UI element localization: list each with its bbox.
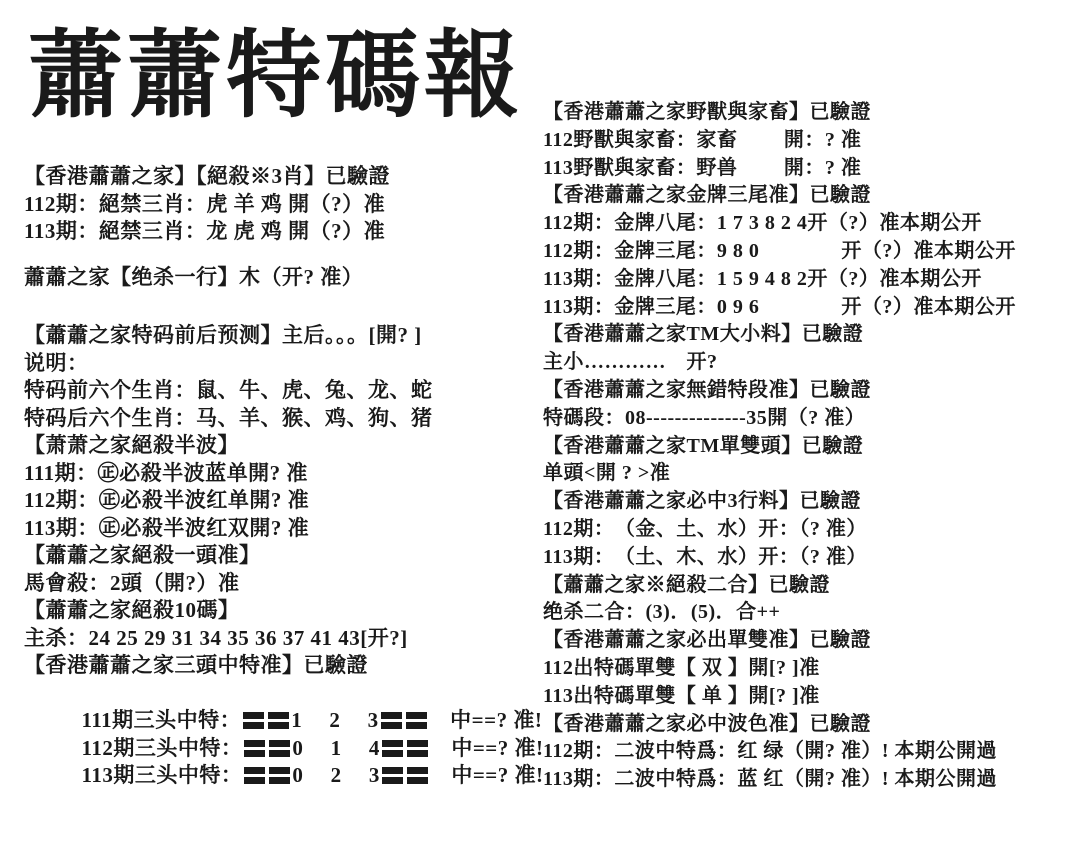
- text-line: 112期：金牌三尾：9 8 0 开（?）准本期公开: [543, 238, 1075, 266]
- text-line: 【香港蕭蕭之家TM單雙頭】已驗證: [543, 433, 1075, 461]
- text-line: 【蕭蕭之家特码前后预测】主后。。。[開? ]: [24, 322, 536, 350]
- text-line: 【蕭蕭之家絕殺一頭准】: [24, 542, 536, 570]
- text-line: 112期：二波中特爲：红 绿（開? 准）! 本期公開過: [543, 738, 1075, 766]
- black-bars-icon: [380, 762, 430, 790]
- page-title: 蕭蕭特碼報: [28, 22, 523, 131]
- santou-row: 111期三头中特：1 2 3 中==? 准!: [24, 680, 536, 708]
- text-line: 【香港蕭蕭之家必中3行料】已驗證: [543, 488, 1075, 516]
- text-line: 说明：: [24, 350, 536, 378]
- text-line: 112出特碼單雙【 双 】開[? ]准: [543, 655, 1075, 683]
- text-line: 【蕭蕭之家絕殺10碼】: [24, 597, 536, 625]
- santou-digits: 1 2 3: [291, 708, 379, 732]
- santou-rows: 111期三头中特：1 2 3 中==? 准! 112期三头中特：0 1 4 中=…: [24, 680, 536, 763]
- santou-digits: 0 2 3: [292, 763, 380, 787]
- text-line: 【香港蕭蕭之家無錯特段准】已驗證: [543, 377, 1075, 405]
- text-line: 主杀：24 25 29 31 34 35 36 37 41 43[开?]: [24, 625, 536, 653]
- text-line: 【香港蕭蕭之家】【絕殺※3肖】已驗證: [24, 163, 536, 191]
- black-bars-icon: [380, 735, 430, 763]
- text-line: 【香港蕭蕭之家TM大小料】已驗證: [543, 321, 1075, 349]
- spacer: [24, 246, 536, 264]
- text-line: 113野獸與家畜：野兽 開：? 准: [543, 155, 1075, 183]
- text-line: 【香港蕭蕭之家野獸與家畜】已驗證: [543, 99, 1075, 127]
- left-top-lines: 【香港蕭蕭之家】【絕殺※3肖】已驗證 112期：絕禁三肖：虎 羊 鸡 開（?）准…: [24, 163, 536, 246]
- text-line: 【香港蕭蕭之家三頭中特准】已驗證: [24, 652, 536, 680]
- right-column: 【香港蕭蕭之家野獸與家畜】已驗證 112野獸與家畜：家畜 開：? 准 113野獸…: [543, 99, 1075, 794]
- text-line: 【香港蕭蕭之家必出單雙准】已驗證: [543, 627, 1075, 655]
- text-line: 馬會殺：2頭（開?）准: [24, 570, 536, 598]
- text-line: 112野獸與家畜：家畜 開：? 准: [543, 127, 1075, 155]
- black-bars-icon: [241, 707, 291, 735]
- text-line: 特碼段：08--------------35開（? 准）: [543, 405, 1075, 433]
- text-line: 单頭<開 ? >准: [543, 460, 1075, 488]
- text-line: 113期：金牌八尾：1 5 9 4 8 2开（?）准本期公开: [543, 266, 1075, 294]
- text-line: 绝杀二合：(3)．(5)．合++: [543, 599, 1075, 627]
- black-bars-icon: [242, 735, 292, 763]
- text-line: 【蕭蕭之家※絕殺二合】已驗證: [543, 572, 1075, 600]
- santou-prefix: 111期三头中特：: [82, 708, 242, 732]
- text-line: 113出特碼單雙【 单 】開[? ]准: [543, 683, 1075, 711]
- text-line: 112期：絕禁三肖：虎 羊 鸡 開（?）准: [24, 191, 536, 219]
- newspaper-page: 蕭蕭特碼報 【香港蕭蕭之家】【絕殺※3肖】已驗證 112期：絕禁三肖：虎 羊 鸡…: [0, 0, 1080, 862]
- santou-result: 中==? 准!: [430, 763, 544, 787]
- text-line: 【香港蕭蕭之家必中波色准】已驗證: [543, 711, 1075, 739]
- text-line: 113期：二波中特爲：蓝 红（開? 准）! 本期公開過: [543, 766, 1075, 794]
- text-line: 【香港蕭蕭之家金牌三尾准】已驗證: [543, 182, 1075, 210]
- text-line: 113期：絕禁三肖：龙 虎 鸡 開（?）准: [24, 218, 536, 246]
- santou-digits: 0 1 4: [292, 736, 380, 760]
- text-line: 主小………… 开?: [543, 349, 1075, 377]
- text-line: 112期： （金、土、水）开：（? 准）: [543, 516, 1075, 544]
- left-mid-lines: 【蕭蕭之家特码前后预测】主后。。。[開? ] 说明： 特码前六个生肖：鼠、牛、虎…: [24, 322, 536, 680]
- text-line: 113期：㊣必殺半波红双開? 准: [24, 515, 536, 543]
- santou-prefix: 113期三头中特：: [82, 763, 243, 787]
- text-line: 112期：㊣必殺半波红单開? 准: [24, 487, 536, 515]
- black-bars-icon: [242, 762, 292, 790]
- right-lines: 【香港蕭蕭之家野獸與家畜】已驗證 112野獸與家畜：家畜 開：? 准 113野獸…: [543, 99, 1075, 794]
- text-line: 蕭蕭之家【绝杀一行】木（开? 准）: [24, 264, 536, 292]
- text-line: 【萧萧之家絕殺半波】: [24, 432, 536, 460]
- black-bars-icon: [379, 707, 429, 735]
- santou-result: 中==? 准!: [430, 736, 544, 760]
- text-line: 特码前六个生肖：鼠、牛、虎、兔、龙、蛇: [24, 377, 536, 405]
- santou-prefix: 112期三头中特：: [82, 736, 243, 760]
- text-line: 111期：㊣必殺半波蓝单開? 准: [24, 460, 536, 488]
- santou-result: 中==? 准!: [429, 708, 543, 732]
- text-line: 113期：金牌三尾：0 9 6 开（?）准本期公开: [543, 294, 1075, 322]
- left-column: 【香港蕭蕭之家】【絕殺※3肖】已驗證 112期：絕禁三肖：虎 羊 鸡 開（?）准…: [24, 163, 536, 762]
- text-line: 特码后六个生肖：马、羊、猴、鸡、狗、猪: [24, 405, 536, 433]
- text-line: 113期： （土、木、水）开：（? 准）: [543, 544, 1075, 572]
- text-line: 112期：金牌八尾：1 7 3 8 2 4开（?）准本期公开: [543, 210, 1075, 238]
- spacer: [24, 291, 536, 322]
